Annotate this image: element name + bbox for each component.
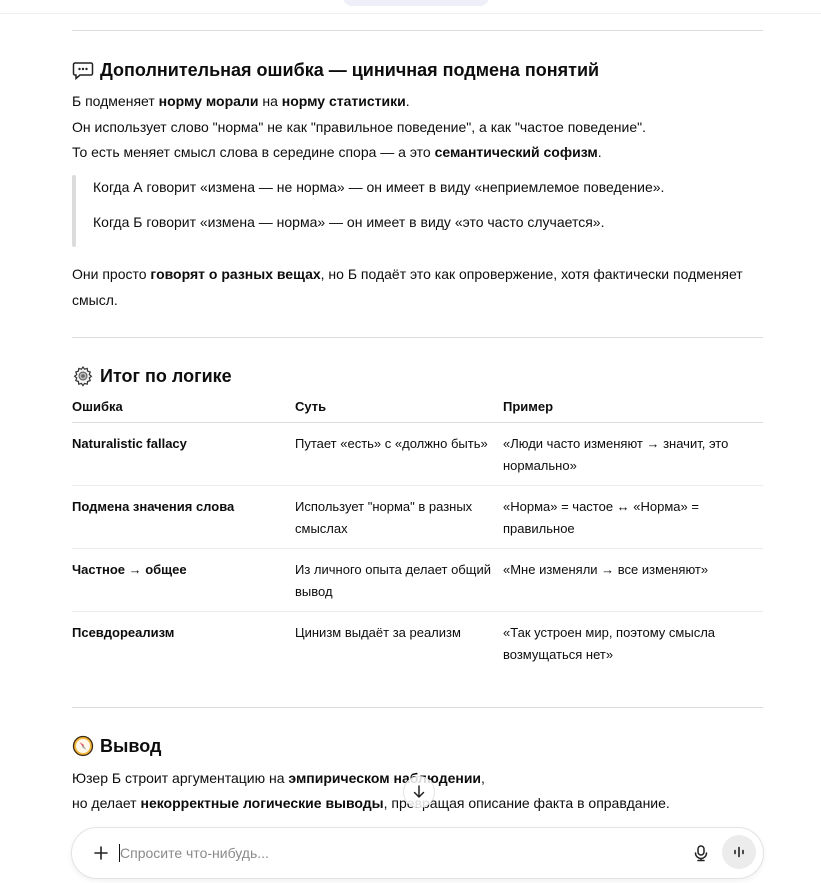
table-cell: Naturalistic fallacy <box>72 423 295 486</box>
table-cell: Псевдореализм <box>72 612 295 675</box>
paragraph: Они просто говорят о разных вещах, но Б … <box>72 261 763 313</box>
paragraph: Он использует слово "норма" не как "прав… <box>72 114 646 140</box>
blockquote-line: Когда А говорит «измена — не норма» — он… <box>93 175 664 199</box>
divider <box>72 707 763 708</box>
section-title: Итог по логике <box>100 364 232 388</box>
table-cell: Подмена значения слова <box>72 486 295 549</box>
column-header: Ошибка <box>72 394 295 423</box>
table-cell: Частное → общее <box>72 549 295 612</box>
chat-page: Дополнительная ошибка — циничная подмена… <box>0 0 821 883</box>
blockquote-line: Когда Б говорит «измена — норма» — он им… <box>93 210 604 234</box>
table-cell: «Люди часто изменяют → значит, это норма… <box>503 423 763 486</box>
message-composer <box>71 827 764 879</box>
table-cell: Из личного опыта делает общий вывод <box>295 549 503 612</box>
microphone-icon <box>692 844 710 862</box>
table-row: Псевдореализм Цинизм выдаёт за реализм «… <box>72 612 763 675</box>
message-input[interactable] <box>120 840 680 866</box>
arrow-down-icon <box>411 784 427 800</box>
section-heading-summary: Итог по логике <box>72 364 232 388</box>
table-row: Naturalistic fallacy Путает «есть» с «до… <box>72 423 763 486</box>
voice-mode-button[interactable] <box>722 835 756 869</box>
scroll-to-bottom-button[interactable] <box>403 776 435 808</box>
gear-icon <box>72 365 94 387</box>
table-row: Частное → общее Из личного опыта делает … <box>72 549 763 612</box>
section-title: Вывод <box>100 734 161 758</box>
plus-icon <box>93 845 109 861</box>
paragraph: Б подменяет норму морали на норму статис… <box>72 88 410 114</box>
column-header: Пример <box>503 394 763 423</box>
compass-icon <box>72 735 94 757</box>
waveform-icon <box>731 844 747 860</box>
table-cell: «Норма» = частое ↔ «Норма» = правильное <box>503 486 763 549</box>
section-heading-conclusion: Вывод <box>72 734 161 758</box>
previous-message-bubble <box>343 0 489 6</box>
paragraph: То есть меняет смысл слова в середине сп… <box>72 139 602 165</box>
paragraph: но делает некорректные логические выводы… <box>72 790 670 816</box>
logic-summary-table: Ошибка Суть Пример Naturalistic fallacy … <box>72 394 763 674</box>
column-header: Суть <box>295 394 503 423</box>
divider <box>72 337 763 338</box>
header-divider <box>0 13 821 14</box>
table-cell: Путает «есть» с «должно быть» <box>295 423 503 486</box>
blockquote-bar <box>72 175 76 247</box>
table-cell: «Так устроен мир, поэтому смысла возмуща… <box>503 612 763 675</box>
section-title: Дополнительная ошибка — циничная подмена… <box>100 58 599 82</box>
divider <box>72 30 763 31</box>
table-row: Подмена значения слова Использует "норма… <box>72 486 763 549</box>
add-attachment-button[interactable] <box>89 841 113 865</box>
table-cell: «Мне изменяли → все изменяют» <box>503 549 763 612</box>
table-header-row: Ошибка Суть Пример <box>72 394 763 423</box>
dictate-button[interactable] <box>689 841 713 865</box>
table-cell: Использует "норма" в разных смыслах <box>295 486 503 549</box>
section-heading-extra-error: Дополнительная ошибка — циничная подмена… <box>72 58 599 82</box>
speech-bubble-icon <box>72 59 94 81</box>
table-cell: Цинизм выдаёт за реализм <box>295 612 503 675</box>
